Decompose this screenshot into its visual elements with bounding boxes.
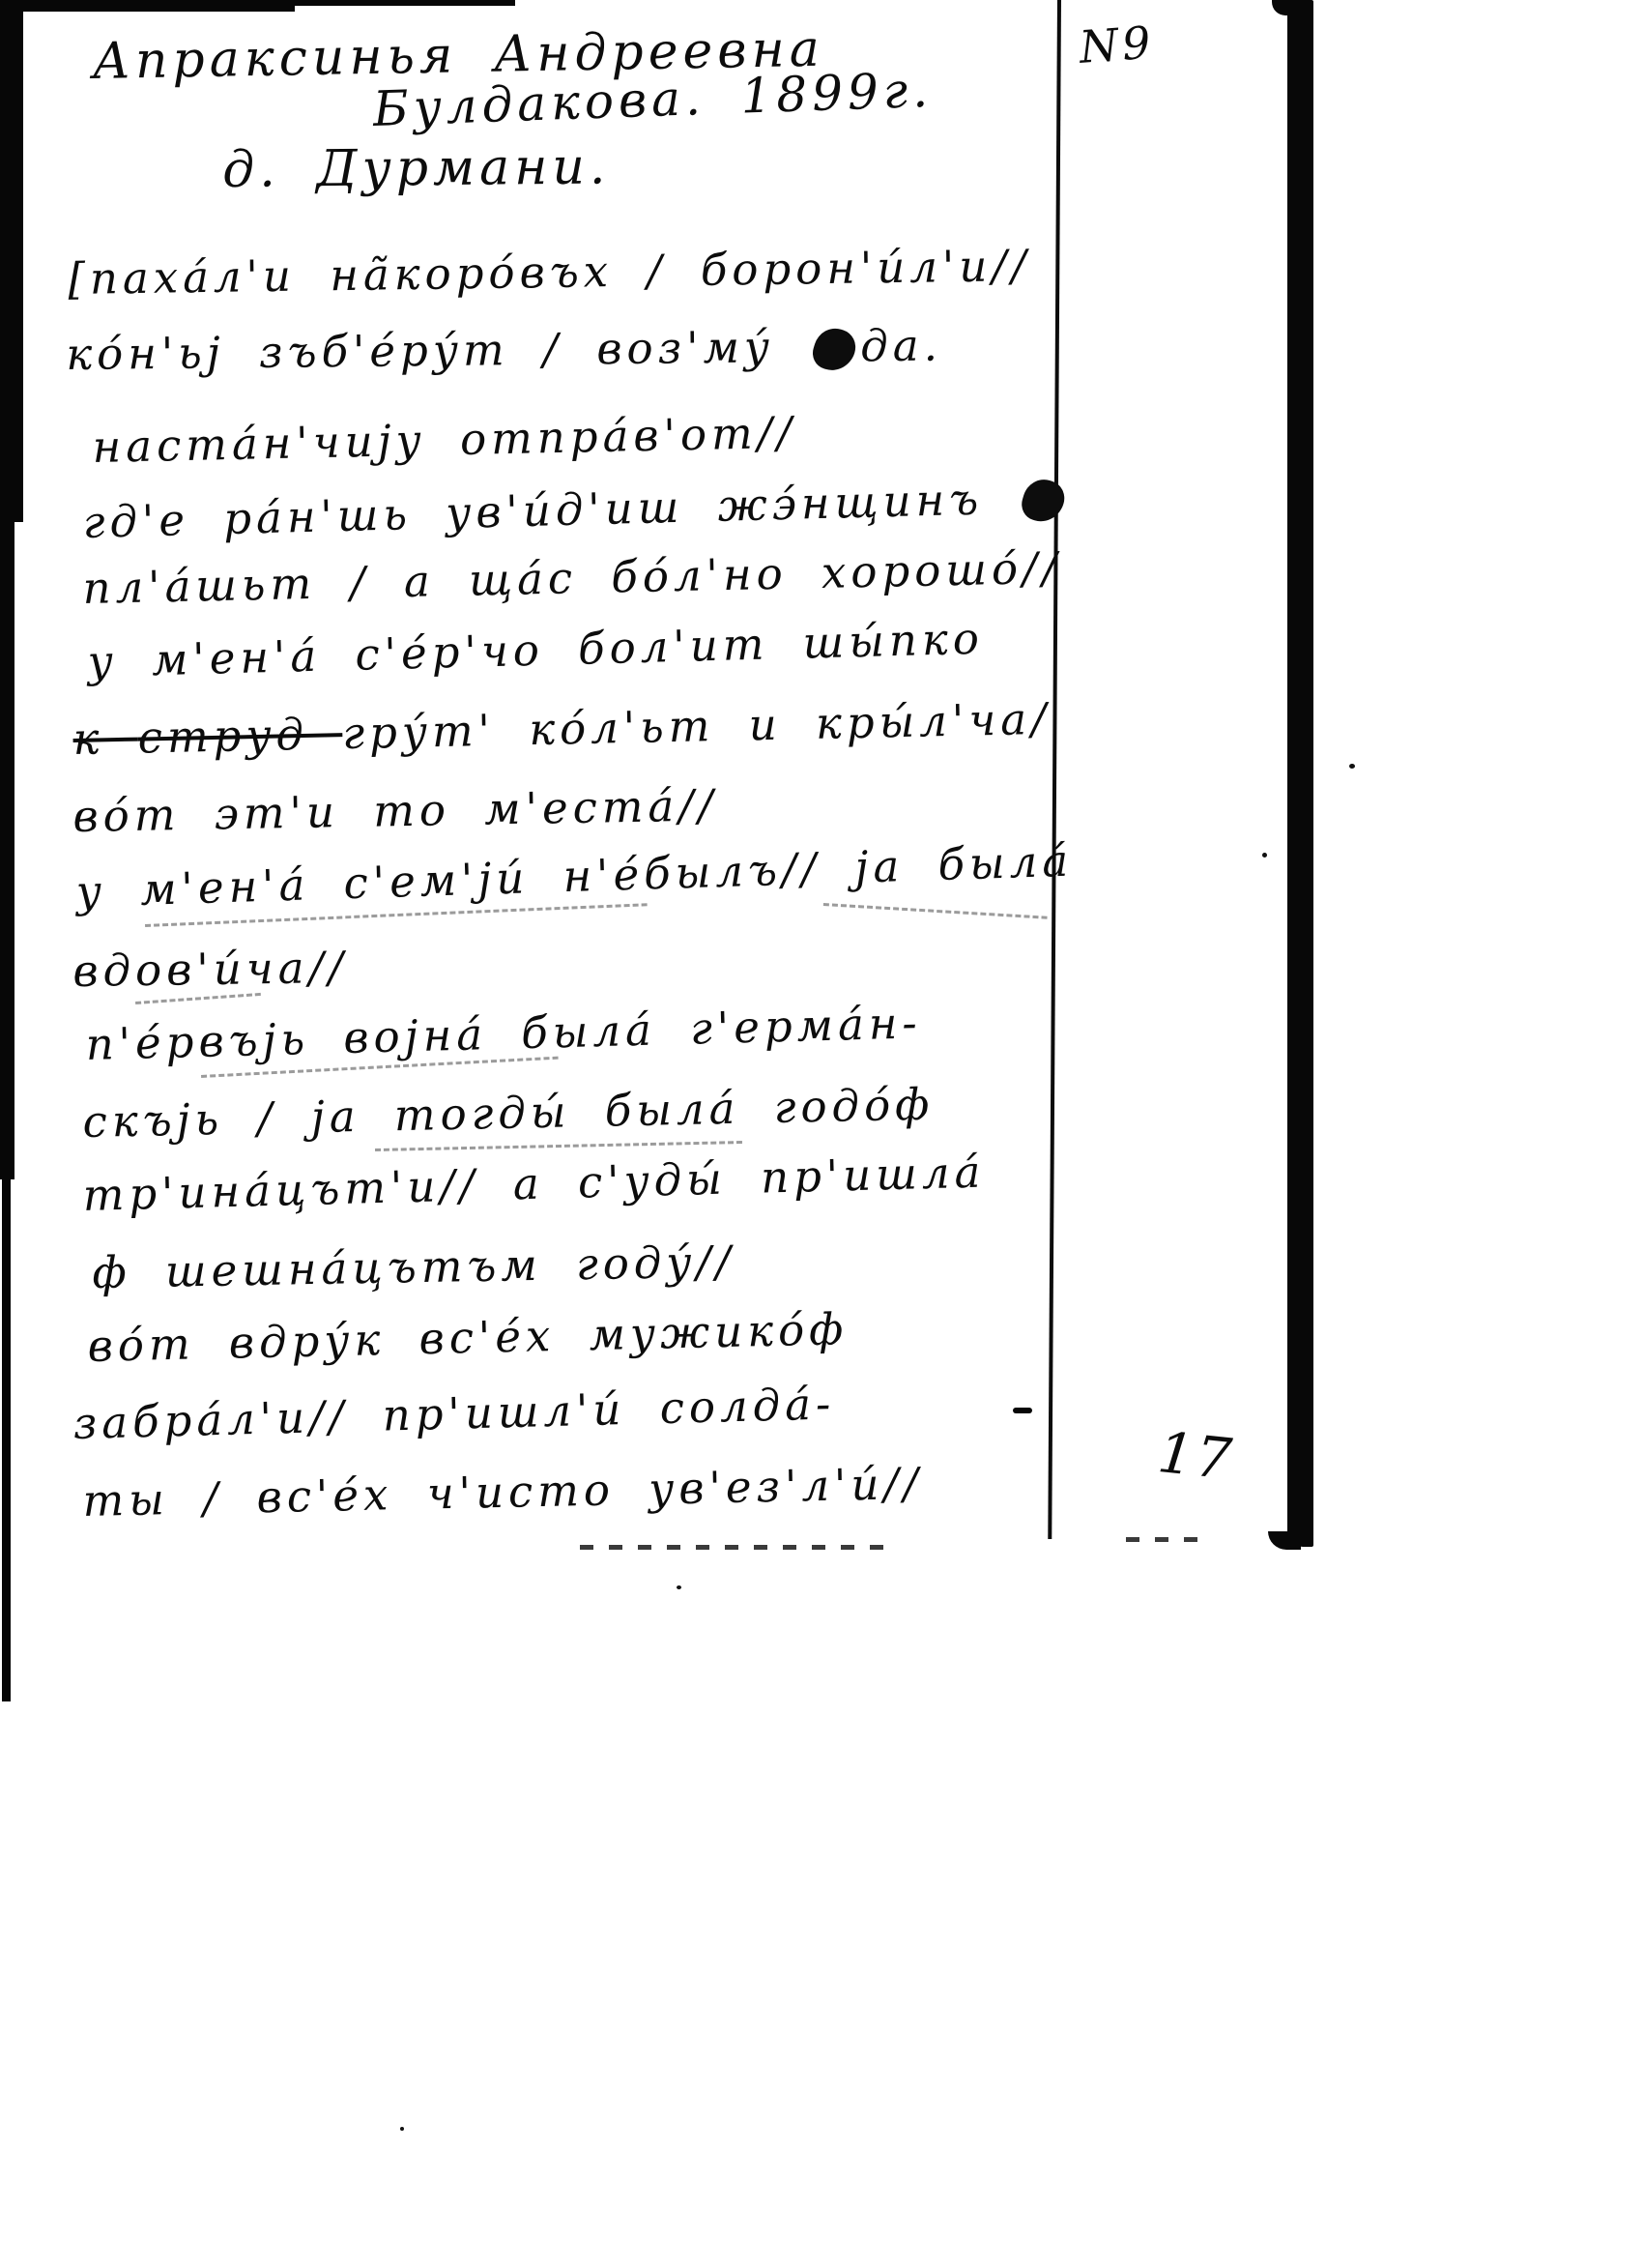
transcription-line: гд'е ра́н'шь ув'и́д'иш жэ́нщинъ — [82, 471, 1070, 548]
text-segment: во́т вдру́к вс'е́х мужико́ф — [87, 1303, 849, 1372]
scan-speck — [1262, 853, 1267, 858]
text-segment: тр'ина́цът'и// а с'уды́ пр'ишла́ — [82, 1147, 986, 1221]
scan-speck — [400, 2127, 404, 2131]
scan-speck — [677, 1585, 681, 1589]
scan-edge-left-lower — [2, 1160, 11, 1701]
struck-text-segment: струд — [137, 708, 343, 763]
text-segment: вдов'и́ча// — [72, 942, 348, 997]
transcription-line: ты / вс'е́х ч'исто ув'ез'л'и́// — [82, 1458, 923, 1527]
transcription-line: забра́л'и// пр'ишл'и́ солда́- — [72, 1378, 836, 1449]
transcription-line: пл'а́шьт / а ща́с бо́л'но хорошо́// — [82, 542, 1062, 614]
archive-number: N9 — [1078, 16, 1156, 73]
text-segment: гд'е ра́н'шь ув'и́д'иш жэ́нщинъ — [82, 473, 1018, 548]
text-segment: ты / вс'е́х ч'исто ув'ез'л'и́// — [82, 1458, 923, 1527]
transcription-line: к струд гру́т' ко́л'ьт и кры́л'ча/ — [72, 693, 1052, 765]
pencil-underline-ja-byla — [823, 903, 1048, 919]
transcription-line: у м'ен'а́ с'е́р'чо бол'ит шы́пко — [87, 613, 984, 687]
transcription-line: вдов'и́ча// — [72, 942, 348, 997]
text-segment: гру́т' ко́л'ьт и кры́л'ча/ — [342, 693, 1052, 759]
ink-blot — [809, 323, 860, 376]
transcription-line: ф шешна́цътъм году́// — [92, 1236, 735, 1298]
scan-edge-top-thin — [288, 0, 515, 6]
binding-shadow-band-top — [1272, 0, 1297, 15]
text-segment: наста́н'чиjу отпра́в'от// — [92, 407, 796, 473]
margin-dash-mark — [1013, 1408, 1032, 1413]
text-segment: у м'ен'а́ с'ем'jи́ н'е́былъ// jа была́ — [75, 835, 1074, 917]
transcription-line: [паха́л'и на̃коро́въх / борон'и́л'и// — [68, 240, 1031, 305]
transcription-line: скъjь / jа тогды́ была́ годо́ф — [82, 1079, 935, 1148]
binding-shadow-band-hook — [1268, 1531, 1301, 1550]
bottom-scan-smudge-left — [580, 1545, 891, 1550]
pencil-underline-togdy-byla — [375, 1141, 742, 1151]
scan-edge-top-thick — [0, 0, 295, 12]
transcription-line: во́т эт'и то м'еста́// — [72, 779, 718, 842]
transcription-line: наста́н'чиjу отпра́в'от// — [92, 407, 796, 473]
page-number: 17 — [1155, 1419, 1236, 1493]
text-segment: ф шешна́цътъм году́// — [92, 1236, 735, 1298]
ink-blot — [1018, 475, 1069, 527]
text-segment: скъjь / jа тогды́ была́ годо́ф — [82, 1079, 935, 1148]
text-segment: во́т эт'и то м'еста́// — [72, 779, 718, 842]
text-segment: пл'а́шьт / а ща́с бо́л'но хорошо́// — [82, 542, 1062, 614]
scan-speck — [1349, 764, 1355, 769]
village-line: д. Дурмани. — [222, 137, 611, 198]
text-segment: забра́л'и// пр'ишл'и́ солда́- — [72, 1378, 836, 1449]
text-segment: ко́н'ьj зъб'е́ру́т / воз'му́ — [66, 321, 809, 380]
text-segment: да. — [860, 320, 942, 372]
transcription-line: ко́н'ьj зъб'е́ру́т / воз'му́ да. — [66, 320, 942, 380]
text-segment: [паха́л'и на̃коро́въх / борон'и́л'и// — [68, 240, 1031, 305]
scan-edge-left-middle — [0, 503, 14, 1179]
struck-text-segment: к — [72, 712, 138, 765]
margin-rule-vertical — [1048, 0, 1061, 1539]
binding-shadow-band — [1287, 0, 1313, 1547]
scanned-manuscript-page: Апраксинья Андреевна Булдакова. 1899г. д… — [0, 0, 1643, 2268]
transcription-line: во́т вдру́к вс'е́х мужико́ф — [87, 1303, 849, 1372]
scan-edge-left-upper — [0, 0, 23, 522]
text-segment: у м'ен'а́ с'е́р'чо бол'ит шы́пко — [87, 613, 984, 687]
transcription-line: тр'ина́цът'и// а с'уды́ пр'ишла́ — [82, 1147, 986, 1221]
bottom-scan-smudge-right — [1126, 1537, 1211, 1542]
transcription-line: у м'ен'а́ с'ем'jи́ н'е́былъ// jа была́ — [75, 835, 1074, 917]
